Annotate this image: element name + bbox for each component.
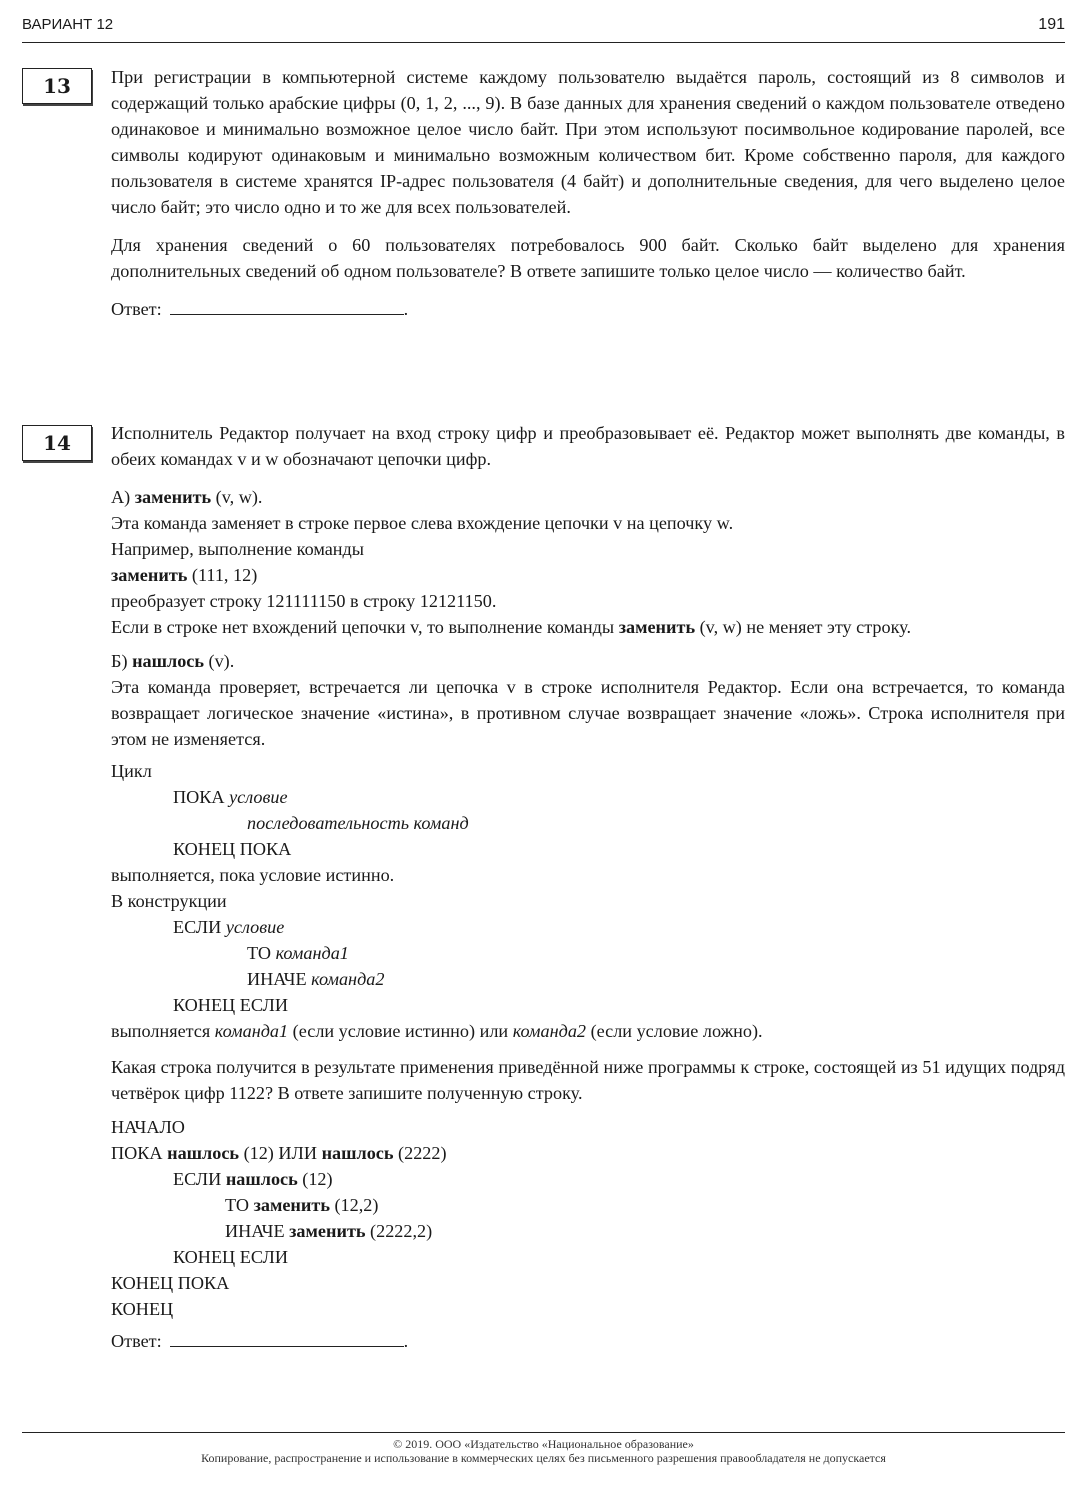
program-begin: НАЧАЛО xyxy=(111,1114,1065,1140)
program-then: ТО заменить (12,2) xyxy=(111,1192,1065,1218)
program-else: ИНАЧЕ заменить (2222,2) xyxy=(111,1218,1065,1244)
program-end-while: КОНЕЦ ПОКА xyxy=(111,1270,1065,1296)
q13-answer-field[interactable] xyxy=(170,296,404,315)
program-while: ПОКА нашлось (12) ИЛИ нашлось (2222) xyxy=(111,1140,1065,1166)
cmd-b-desc: Эта команда проверяет, встречается ли це… xyxy=(111,674,1065,752)
question-14: Исполнитель Редактор получает на вход ст… xyxy=(111,420,1065,1354)
answer-label: Ответ: xyxy=(111,299,162,319)
cmd-a-example-intro: Например, выполнение команды xyxy=(111,536,1065,562)
question-number-14: 14 xyxy=(22,425,92,461)
page-number: 191 xyxy=(1038,16,1065,34)
branch-desc: выполняется команда1 (если условие истин… xyxy=(111,1018,1065,1044)
answer-label: Ответ: xyxy=(111,1331,162,1351)
page-footer: © 2019. ООО «Издательство «Национальное … xyxy=(22,1432,1065,1465)
q14-answer-field[interactable] xyxy=(170,1328,404,1347)
program-end: КОНЕЦ xyxy=(111,1296,1065,1322)
q13-problem-text: При регистрации в компьютерной системе к… xyxy=(111,64,1065,220)
cmd-a-example: заменить (111, 12) xyxy=(111,562,1065,588)
cmd-a-title: А) заменить (v, w). xyxy=(111,484,1065,510)
branch-else: ИНАЧЕ команда2 xyxy=(111,966,1065,992)
branch-end: КОНЕЦ ЕСЛИ xyxy=(111,992,1065,1018)
copyright: © 2019. ООО «Издательство «Национальное … xyxy=(22,1437,1065,1451)
cmd-a-desc: Эта команда заменяет в строке первое сле… xyxy=(111,510,1065,536)
q13-answer-row: Ответ:. xyxy=(111,296,1065,322)
page-header: ВАРИАНТ 12 191 xyxy=(22,14,1065,43)
q14-intro: Исполнитель Редактор получает на вход ст… xyxy=(111,420,1065,472)
loop-while: ПОКА условие xyxy=(111,784,1065,810)
branch-title: В конструкции xyxy=(111,888,1065,914)
loop-desc: выполняется, пока условие истинно. xyxy=(111,862,1065,888)
branch-then: ТО команда1 xyxy=(111,940,1065,966)
q14-answer-row: Ответ:. xyxy=(111,1328,1065,1354)
question-13: При регистрации в компьютерной системе к… xyxy=(111,64,1065,322)
copy-notice: Копирование, распространение и использов… xyxy=(22,1451,1065,1465)
cmd-b-title: Б) нашлось (v). xyxy=(111,648,1065,674)
program-listing: НАЧАЛО ПОКА нашлось (12) ИЛИ нашлось (22… xyxy=(111,1114,1065,1322)
branch-if: ЕСЛИ условие xyxy=(111,914,1065,940)
loop-title: Цикл xyxy=(111,758,1065,784)
question-number-13: 13 xyxy=(22,68,92,104)
loop-body: последовательность команд xyxy=(111,810,1065,836)
variant-label: ВАРИАНТ 12 xyxy=(22,16,113,33)
q14-question: Какая строка получится в результате прим… xyxy=(111,1054,1065,1106)
q13-question-text: Для хранения сведений о 60 пользователях… xyxy=(111,232,1065,284)
program-end-if: КОНЕЦ ЕСЛИ xyxy=(111,1244,1065,1270)
program-if: ЕСЛИ нашлось (12) xyxy=(111,1166,1065,1192)
cmd-a-example-result: преобразует строку 121111150 в строку 12… xyxy=(111,588,1065,614)
loop-end: КОНЕЦ ПОКА xyxy=(111,836,1065,862)
cmd-a-note: Если в строке нет вхождений цепочки v, т… xyxy=(111,614,1065,640)
